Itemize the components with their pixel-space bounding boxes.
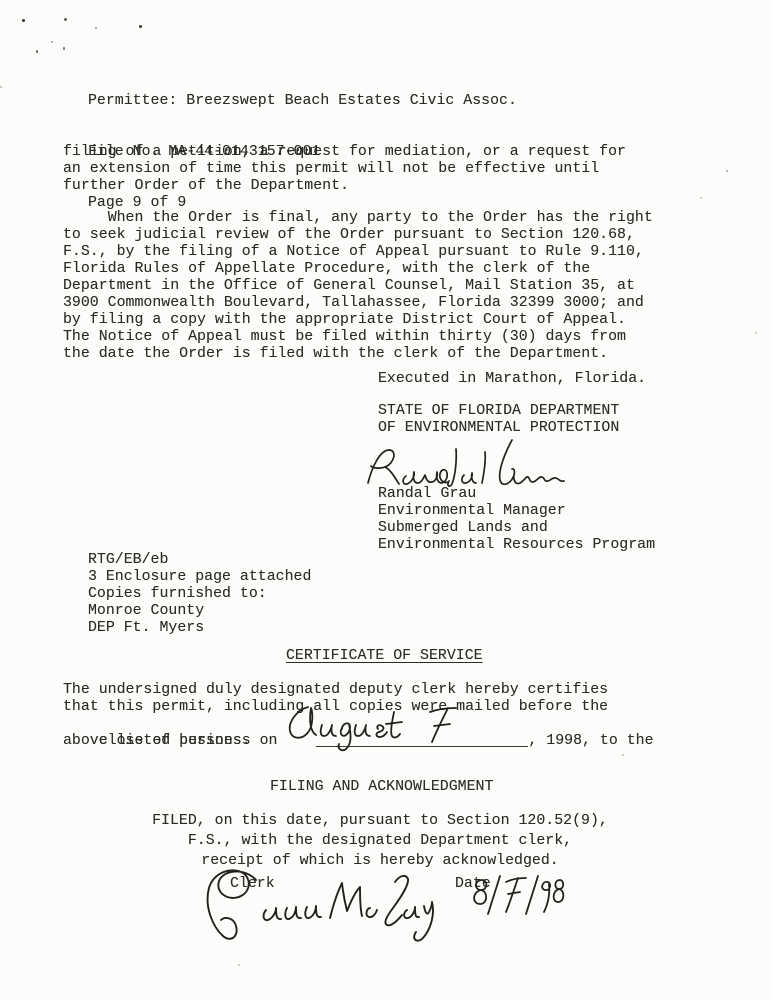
date-label: Date [455, 876, 491, 893]
clerk-label: Clerk [230, 876, 275, 893]
paragraph-judicial-review: When the Order is final, any party to th… [63, 210, 678, 363]
filing-acknowledgment-title: FILING AND ACKNOWLEDGMENT [270, 779, 493, 796]
certificate-line-2: that this permit, including all copies w… [63, 699, 608, 716]
routing-copies-block: RTG/EB/eb 3 Enclosure page attached Copi… [88, 552, 311, 637]
filed-statement: FILED, on this date, pursuant to Section… [150, 811, 610, 871]
permittee-line: Permittee: Breezswept Beach Estates Civi… [88, 93, 517, 110]
clerk-signature [190, 858, 445, 953]
certificate-line-3-after: , 1998, to the [528, 733, 653, 749]
scanned-document-page: Permittee: Breezswept Beach Estates Civi… [0, 0, 772, 1000]
certificate-of-service-title: CERTIFICATE OF SERVICE [286, 648, 483, 665]
executed-line: Executed in Marathon, Florida. [378, 371, 646, 388]
certificate-line-1: The undersigned duly designated deputy c… [63, 682, 608, 699]
paragraph-effective-date: filing of a petition, a request for medi… [63, 144, 663, 195]
certificate-line-4: above listed persons. [63, 733, 251, 750]
mailed-date-blank-line [316, 733, 528, 747]
agency-name-block: STATE OF FLORIDA DEPARTMENT OF ENVIRONME… [378, 403, 619, 437]
signer-title-block: Randal Grau Environmental Manager Submer… [378, 486, 655, 554]
